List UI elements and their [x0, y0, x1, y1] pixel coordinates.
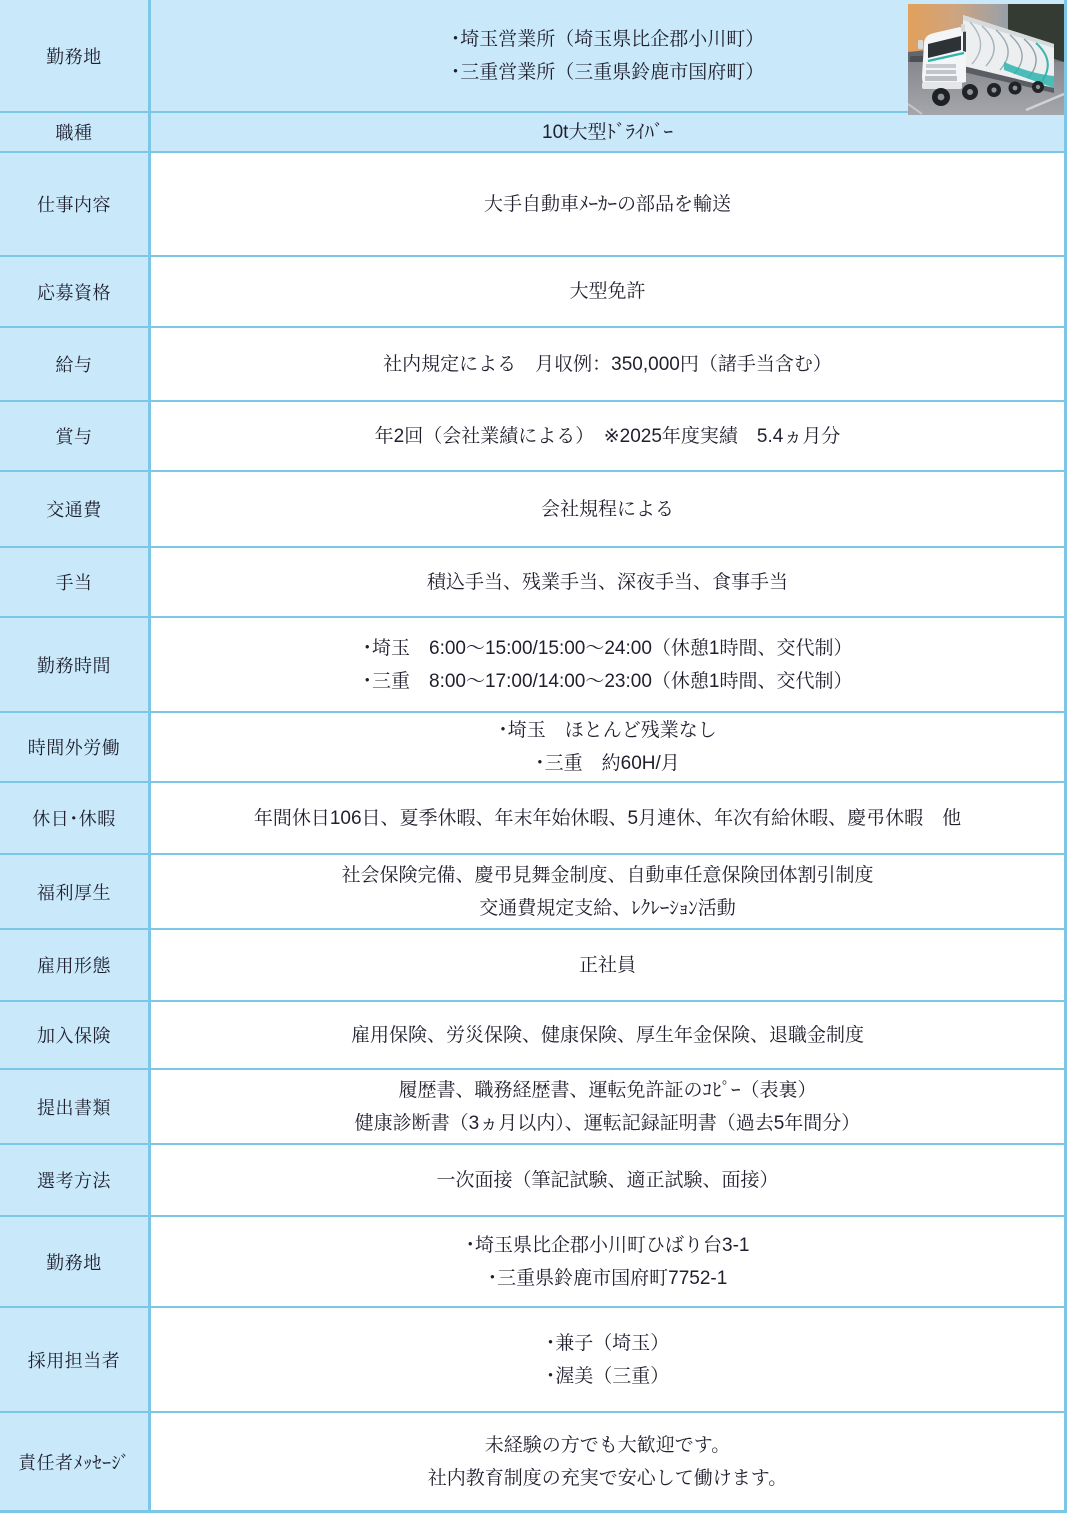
value-line: 健康診断書（3ヵ月以内）、運転記録証明書（過去5年間分） — [355, 1107, 861, 1140]
row-value: ･埼玉 ほとんど残業なし･三重 約60H/月 — [151, 713, 1064, 781]
row-value: 社会保険完備、慶弔見舞金制度、自動車任意保険団体割引制度交通費規定支給、ﾚｸﾚｰ… — [151, 855, 1064, 928]
row-label: 雇用形態 — [0, 930, 151, 1000]
table-row: 手当積込手当、残業手当、深夜手当、食事手当 — [0, 548, 1064, 618]
row-value: 大型免許 — [151, 257, 1064, 326]
value-line: 大手自動車ﾒｰｶｰの部品を輸送 — [484, 188, 731, 221]
row-value: ･埼玉 6:00～15:00/15:00～24:00（休憩1時間、交代制）･三重… — [151, 618, 1064, 711]
value-line: ･三重営業所（三重県鈴鹿市国府町） — [451, 56, 765, 89]
row-value: 大手自動車ﾒｰｶｰの部品を輸送 — [151, 153, 1064, 255]
table-row: 賞与年2回（会社業績による） ※2025年度実績 5.4ヵ月分 — [0, 402, 1064, 472]
value-line: ･埼玉 ほとんど残業なし — [498, 714, 717, 747]
row-label: 勤務時間 — [0, 618, 151, 711]
value-line: 履歴書、職務経歴書、運転免許証のｺﾋﾟｰ（表裏） — [398, 1074, 816, 1107]
table-row: 雇用形態正社員 — [0, 930, 1064, 1002]
row-label: 応募資格 — [0, 257, 151, 326]
row-label: 給与 — [0, 328, 151, 400]
row-value: 一次面接（筆記試験、適正試験、面接） — [151, 1145, 1064, 1215]
row-label: 採用担当者 — [0, 1308, 151, 1411]
row-label: 職種 — [0, 113, 151, 151]
value-line: 年間休日106日、夏季休暇、年末年始休暇、5月連休、年次有給休暇、慶弔休暇 他 — [254, 802, 961, 835]
table-row: 勤務地･埼玉県比企郡小川町ひばり台3-1･三重県鈴鹿市国府町7752-1 — [0, 1217, 1064, 1308]
value-line: ･三重 8:00～17:00/14:00～23:00（休憩1時間、交代制） — [363, 665, 853, 698]
table-row: 職種10t大型ﾄﾞﾗｲﾊﾞｰ — [0, 113, 1064, 153]
table-row: 交通費会社規程による — [0, 472, 1064, 548]
value-line: ･三重 約60H/月 — [535, 747, 680, 780]
row-value: 正社員 — [151, 930, 1064, 1000]
value-line: ･埼玉県比企郡小川町ひばり台3-1 — [466, 1229, 750, 1262]
table-row: 勤務時間･埼玉 6:00～15:00/15:00～24:00（休憩1時間、交代制… — [0, 618, 1064, 713]
value-line: ･埼玉営業所（埼玉県比企郡小川町） — [451, 23, 765, 56]
table-row: 勤務地･埼玉営業所（埼玉県比企郡小川町）･三重営業所（三重県鈴鹿市国府町） — [0, 0, 1064, 113]
table-row: 仕事内容大手自動車ﾒｰｶｰの部品を輸送 — [0, 153, 1064, 257]
row-value: 会社規程による — [151, 472, 1064, 546]
table-row: 休日･休暇年間休日106日、夏季休暇、年末年始休暇、5月連休、年次有給休暇、慶弔… — [0, 783, 1064, 855]
value-line: 社内教育制度の充実で安心して働けます。 — [428, 1462, 787, 1495]
row-label: 勤務地 — [0, 1217, 151, 1306]
row-label: 加入保険 — [0, 1002, 151, 1068]
row-value: 未経験の方でも大歓迎です。社内教育制度の充実で安心して働けます。 — [151, 1413, 1064, 1510]
table-row: 時間外労働･埼玉 ほとんど残業なし･三重 約60H/月 — [0, 713, 1064, 783]
row-value: ･兼子（埼玉）･渥美（三重） — [151, 1308, 1064, 1411]
value-line: 10t大型ﾄﾞﾗｲﾊﾞｰ — [542, 116, 673, 149]
row-label: 福利厚生 — [0, 855, 151, 928]
row-label: 提出書類 — [0, 1070, 151, 1143]
value-line: 交通費規定支給、ﾚｸﾚｰｼｮﾝ活動 — [479, 892, 736, 925]
row-value: 雇用保険、労災保険、健康保険、厚生年金保険、退職金制度 — [151, 1002, 1064, 1068]
table-row: 採用担当者･兼子（埼玉）･渥美（三重） — [0, 1308, 1064, 1413]
table-row: 福利厚生社会保険完備、慶弔見舞金制度、自動車任意保険団体割引制度交通費規定支給、… — [0, 855, 1064, 930]
value-line: 会社規程による — [541, 493, 674, 526]
row-label: 手当 — [0, 548, 151, 616]
row-label: 賞与 — [0, 402, 151, 470]
row-value: 履歴書、職務経歴書、運転免許証のｺﾋﾟｰ（表裏）健康診断書（3ヵ月以内）、運転記… — [151, 1070, 1064, 1143]
row-label: 交通費 — [0, 472, 151, 546]
row-label: 責任者ﾒｯｾｰｼﾞ — [0, 1413, 151, 1510]
row-label: 休日･休暇 — [0, 783, 151, 853]
row-value: 10t大型ﾄﾞﾗｲﾊﾞｰ — [151, 113, 1064, 151]
value-line: 大型免許 — [569, 275, 645, 308]
value-line: ･三重県鈴鹿市国府町7752-1 — [488, 1262, 728, 1295]
value-line: 雇用保険、労災保険、健康保険、厚生年金保険、退職金制度 — [351, 1019, 864, 1052]
value-line: 社会保険完備、慶弔見舞金制度、自動車任意保険団体割引制度 — [341, 859, 873, 892]
table-row: 応募資格大型免許 — [0, 257, 1064, 328]
row-value: 積込手当、残業手当、深夜手当、食事手当 — [151, 548, 1064, 616]
value-line: 積込手当、残業手当、深夜手当、食事手当 — [427, 566, 788, 599]
table-row: 提出書類履歴書、職務経歴書、運転免許証のｺﾋﾟｰ（表裏）健康診断書（3ヵ月以内）… — [0, 1070, 1064, 1145]
value-line: 年2回（会社業績による） ※2025年度実績 5.4ヵ月分 — [375, 420, 841, 453]
row-label: 仕事内容 — [0, 153, 151, 255]
row-label: 時間外労働 — [0, 713, 151, 781]
row-value: ･埼玉県比企郡小川町ひばり台3-1･三重県鈴鹿市国府町7752-1 — [151, 1217, 1064, 1306]
table-row: 加入保険雇用保険、労災保険、健康保険、厚生年金保険、退職金制度 — [0, 1002, 1064, 1070]
row-label: 勤務地 — [0, 0, 151, 111]
table-row: 責任者ﾒｯｾｰｼﾞ未経験の方でも大歓迎です。社内教育制度の充実で安心して働けます… — [0, 1413, 1064, 1513]
row-value: 年2回（会社業績による） ※2025年度実績 5.4ヵ月分 — [151, 402, 1064, 470]
row-label: 選考方法 — [0, 1145, 151, 1215]
job-posting-table: 勤務地･埼玉営業所（埼玉県比企郡小川町）･三重営業所（三重県鈴鹿市国府町）職種1… — [0, 0, 1067, 1513]
value-line: ･渥美（三重） — [546, 1360, 670, 1393]
value-line: ･埼玉 6:00～15:00/15:00～24:00（休憩1時間、交代制） — [363, 632, 853, 665]
value-line: 正社員 — [579, 949, 636, 982]
value-line: 社内規定による 月収例：350,000円（諸手当含む） — [383, 348, 832, 381]
value-line: ･兼子（埼玉） — [546, 1327, 670, 1360]
value-line: 未経験の方でも大歓迎です。 — [485, 1429, 730, 1462]
row-value: 年間休日106日、夏季休暇、年末年始休暇、5月連休、年次有給休暇、慶弔休暇 他 — [151, 783, 1064, 853]
truck-photo-graphic — [908, 4, 1064, 115]
value-line: 一次面接（筆記試験、適正試験、面接） — [436, 1164, 778, 1197]
row-value: 社内規定による 月収例：350,000円（諸手当含む） — [151, 328, 1064, 400]
table-row: 選考方法一次面接（筆記試験、適正試験、面接） — [0, 1145, 1064, 1217]
table-row: 給与社内規定による 月収例：350,000円（諸手当含む） — [0, 328, 1064, 402]
truck-photo — [908, 4, 1064, 115]
